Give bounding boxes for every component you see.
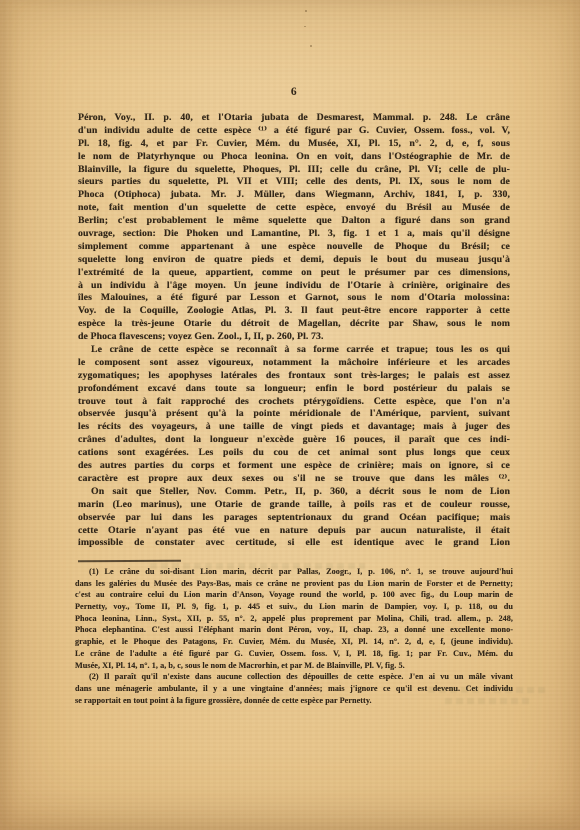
paper-speck xyxy=(304,26,306,27)
text-line: d'un individu adulte de cette espèce ⁽¹⁾… xyxy=(78,125,510,138)
text-line: les récits des voyageurs, à une taille d… xyxy=(78,421,510,434)
text-line: crânes d'adultes, dont la longueur n'exc… xyxy=(78,434,510,447)
text-line: Phoca leonina, Linn., Syst., XII, p. 55,… xyxy=(75,613,513,625)
text-line: Pl. 18, fig. 4, et par Fr. Cuvier, Mém. … xyxy=(78,138,510,151)
text-line: Berlin; c'est probablement le même squel… xyxy=(78,215,510,228)
text-line: ouvrage, section: Die Phoken und Lamanti… xyxy=(78,228,510,241)
text-line: trouve tout à fait rapproché des crochet… xyxy=(78,396,510,409)
text-line: impossible de constater avec certitude, … xyxy=(78,537,510,550)
page-number: 6 xyxy=(78,86,510,98)
text-line: Musée, XI, Pl. 14, n°. 1, a, b, c, sous … xyxy=(75,660,513,672)
paper-speck xyxy=(310,45,312,47)
text-line: Le crâne de l'adulte a été figuré par G.… xyxy=(75,648,513,660)
footnote-separator xyxy=(78,560,181,562)
text-line: le composent sont assez vigoureux, notam… xyxy=(78,357,510,370)
text-line: îles Malouines, a été figuré par Lesson … xyxy=(78,292,510,305)
text-line: cette Otarie n'ayant pas été vue en natu… xyxy=(78,525,510,538)
text-line: à un individu à l'âge moyen. Un jeune in… xyxy=(78,280,510,293)
text-line: caractère est propre aux deux sexes ou s… xyxy=(78,473,510,486)
scanned-book-page: 6 Péron, Voy., II. p. 40, et l'Otaria ju… xyxy=(0,0,580,830)
text-line: On sait que Steller, Nov. Comm. Petr., I… xyxy=(78,486,510,499)
text-line: se rapportait en tout point à la figure … xyxy=(75,695,513,707)
text-line: marin (Leo marinus), une Otarie de grand… xyxy=(78,499,510,512)
text-line: observée jusqu'à présent qu'à la pointe … xyxy=(78,408,510,421)
text-line: graphie, et le Phoque des Patagons, Fr. … xyxy=(75,636,513,648)
text-line: observée par lui dans les parages septen… xyxy=(78,512,510,525)
text-line: l'extrémité de la queue, appartient, com… xyxy=(78,267,510,280)
text-line: Pernetty, voy., Tome II, Pl. 9, fig. 1, … xyxy=(75,601,513,613)
text-line: note, fait mention d'un squelette de cet… xyxy=(78,202,510,215)
body-text: Péron, Voy., II. p. 40, et l'Otaria juba… xyxy=(78,112,510,550)
text-line: (1) Le crâne du soi-disant Lion marin, d… xyxy=(75,566,513,578)
text-line: c'est au contraire celui du Lion marin d… xyxy=(75,589,513,601)
text-line: (2) Il paraît qu'il n'existe dans aucune… xyxy=(75,671,513,683)
text-line: dans les galéries du Musée des Pays-Bas,… xyxy=(75,578,513,590)
footnote-text: (1) Le crâne du soi-disant Lion marin, d… xyxy=(75,566,513,706)
text-line: cations sont exagérées. Les poils du cou… xyxy=(78,447,510,460)
text-line: Blainville, la figure du squelette, Phoq… xyxy=(78,164,510,177)
text-line: dans une ménagerie ambulante, il y a une… xyxy=(75,683,513,695)
text-line: profondément excavé dans toute sa longue… xyxy=(78,383,510,396)
text-line: de Phoca flavescens; voyez Gen. Zool., I… xyxy=(78,331,510,344)
text-line: sieurs parties du squelette, Pl. VII et … xyxy=(78,176,510,189)
text-line: des autres parties du corps et forment u… xyxy=(78,460,510,473)
text-line: Phoca elephantina. C'est aussi l'éléphan… xyxy=(75,624,513,636)
text-line: squelette long environ de quatre pieds e… xyxy=(78,254,510,267)
text-line: zygomatiques; les apophyses latérales de… xyxy=(78,370,510,383)
text-line: Phoca (Otiphoca) jubata. Mr. J. Müller, … xyxy=(78,189,510,202)
text-line: Le crâne de cette espèce se reconnaît à … xyxy=(78,344,510,357)
text-line: Voy. de la Coquille, Zoologie Atlas, Pl.… xyxy=(78,305,510,318)
text-line: le nom de Platyrhynque ou Phoca leonina.… xyxy=(78,151,510,164)
text-line: simplement comme appartenant à une espèc… xyxy=(78,241,510,254)
text-line: espèce la très-jeune Otarie du détroit d… xyxy=(78,318,510,331)
text-line: Péron, Voy., II. p. 40, et l'Otaria juba… xyxy=(78,112,510,125)
paper-speck xyxy=(305,10,307,12)
